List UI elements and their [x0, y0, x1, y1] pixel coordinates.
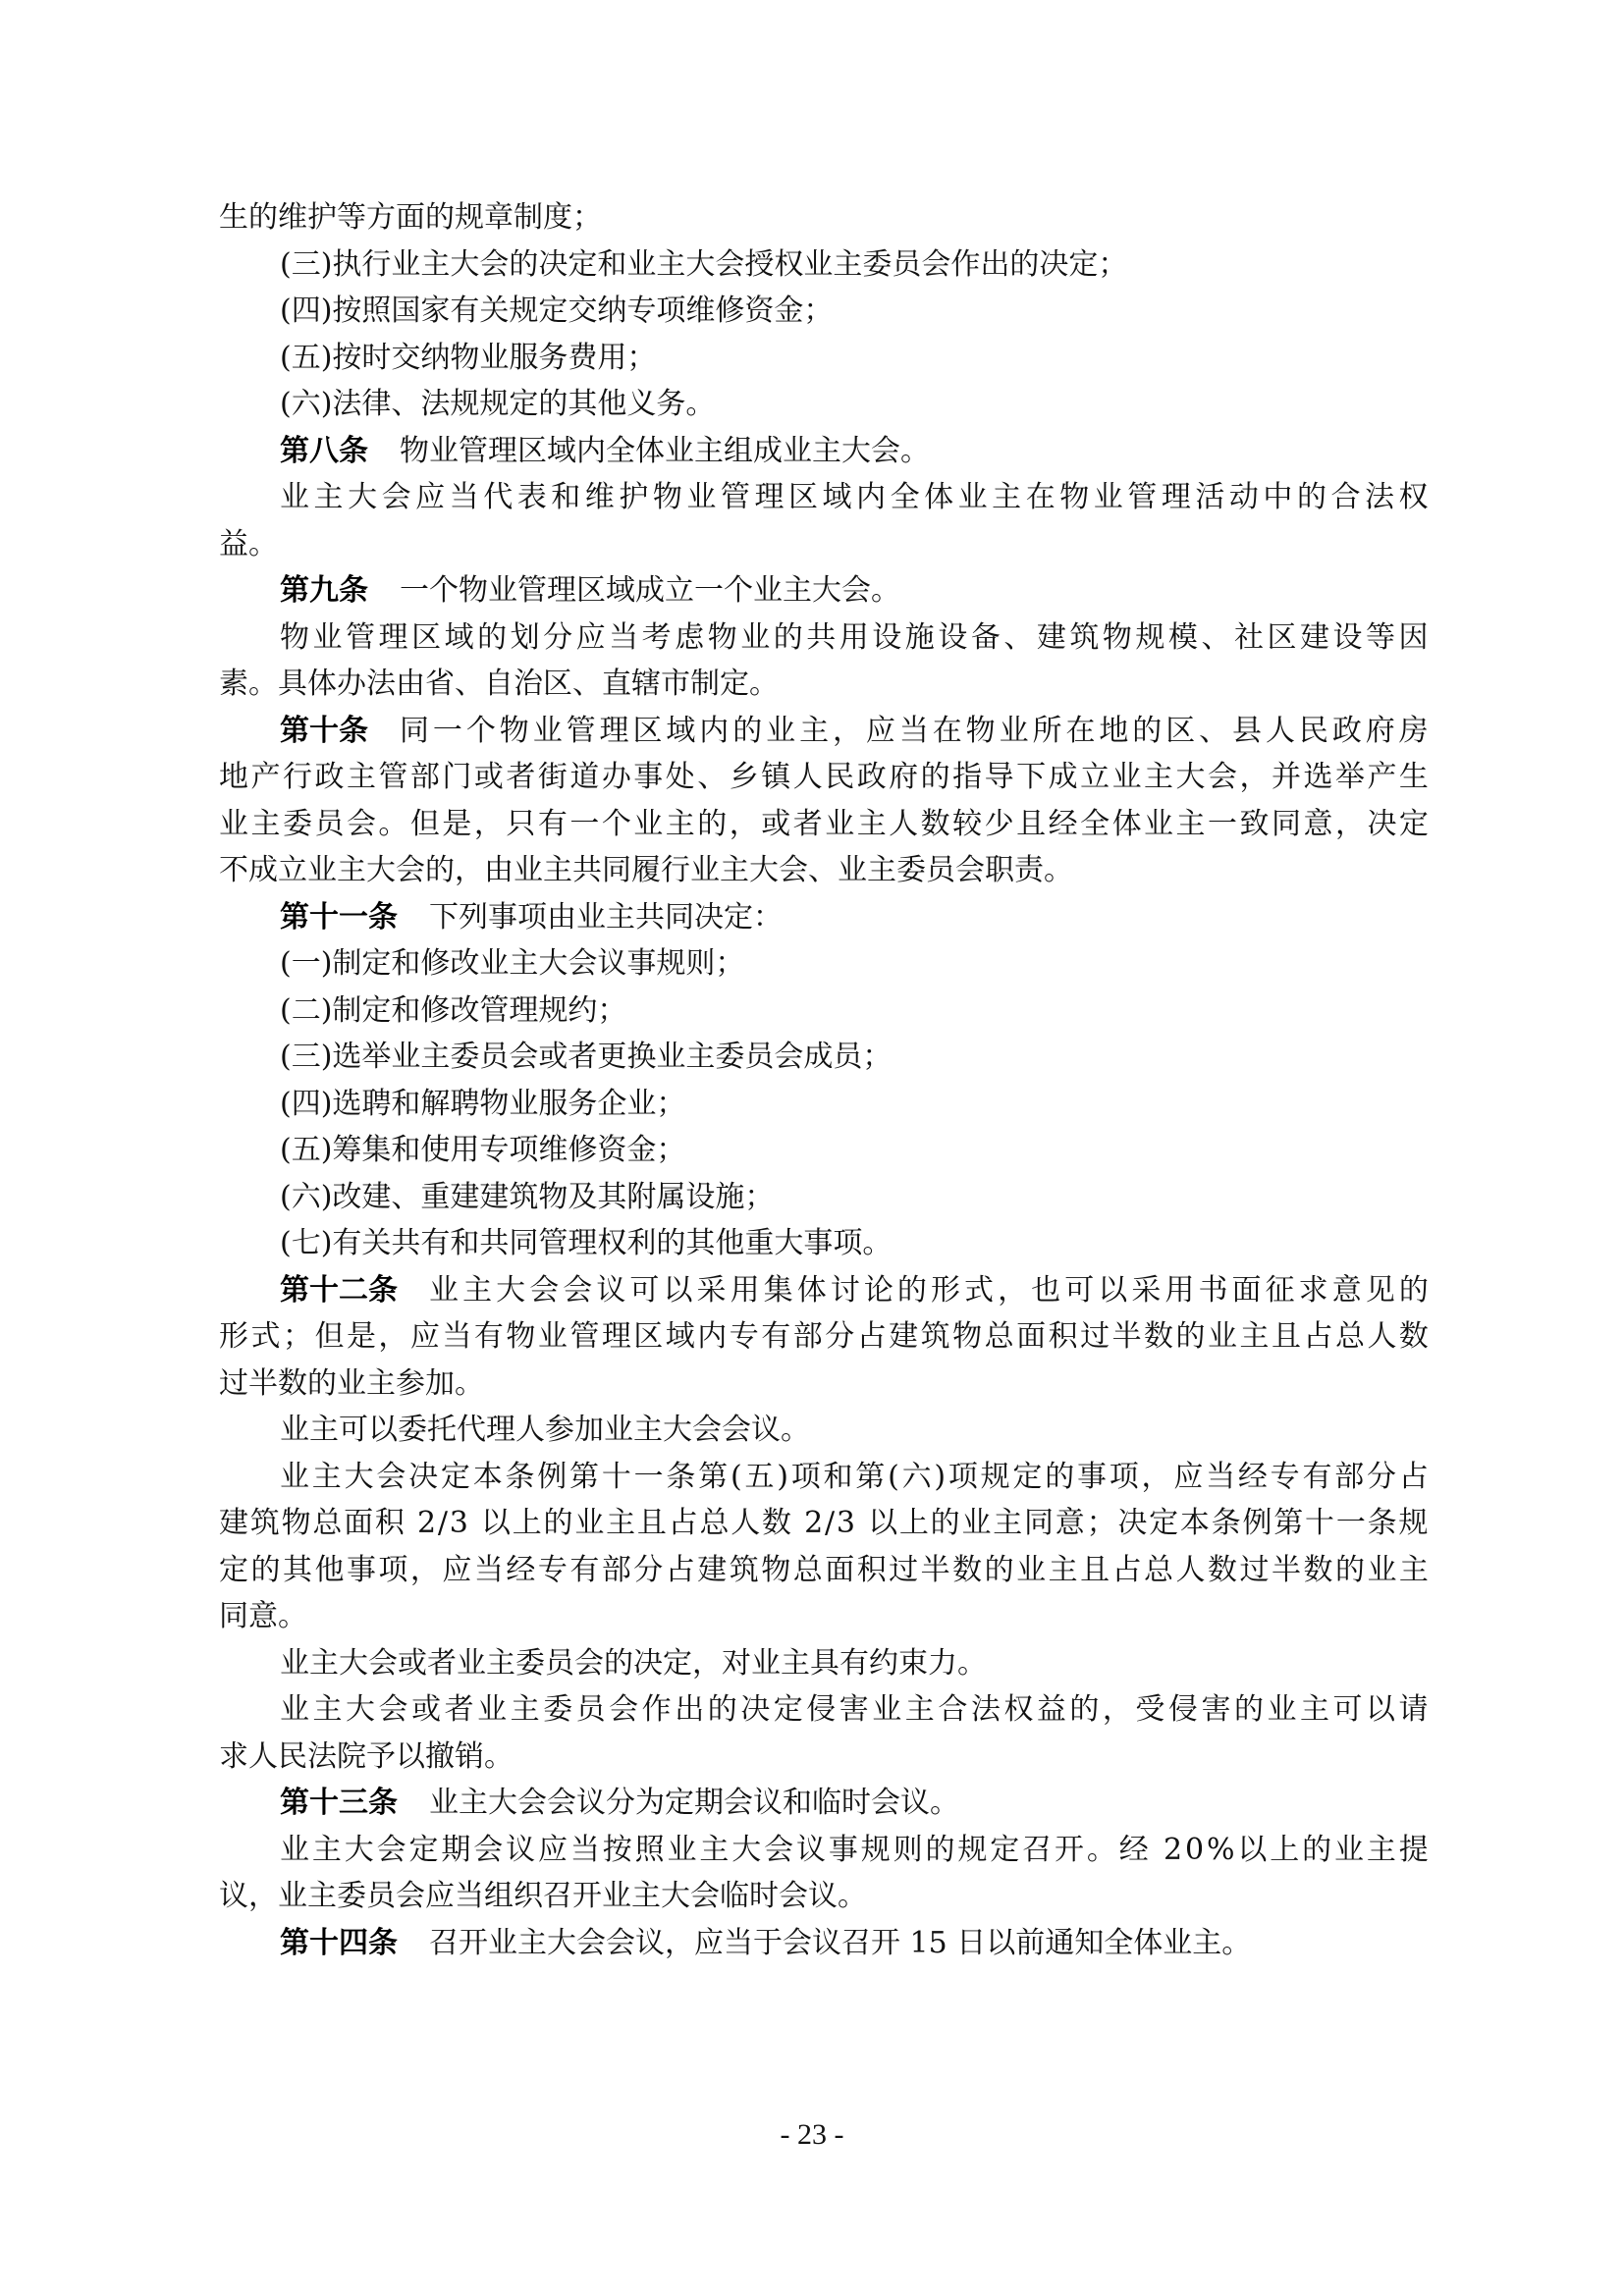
text-line: 素。具体办法由省、自治区、直辖市制定。 [219, 661, 1429, 708]
line-text: 业主大会会议可以采用集体讨论的形式，也可以采用书面征求意见的 [429, 1267, 1429, 1314]
text-line: 同意。 [219, 1593, 1429, 1640]
text-line: 不成立业主大会的，由业主共同履行业主大会、业主委员会职责。 [219, 847, 1429, 894]
text-line: (六)法律、法规规定的其他义务。 [219, 381, 1429, 428]
text-line: 求人民法院予以撤销。 [219, 1734, 1429, 1781]
text-line: (六)改建、重建建筑物及其附属设施； [219, 1174, 1429, 1221]
line-text: (七)有关共有和共同管理权利的其他重大事项。 [280, 1220, 892, 1267]
article-line: 第九条一个物业管理区域成立一个业主大会。 [219, 567, 1429, 614]
line-text: 业主大会会议分为定期会议和临时会议。 [429, 1780, 959, 1827]
line-text: 求人民法院予以撤销。 [219, 1734, 514, 1781]
line-text: 议，业主委员会应当组织召开业主大会临时会议。 [219, 1873, 867, 1920]
line-text: 同意。 [219, 1593, 307, 1640]
text-line: 业主可以委托代理人参加业主大会会议。 [219, 1407, 1429, 1454]
text-line: (三)选举业主委员会或者更换业主委员会成员； [219, 1034, 1429, 1081]
line-text: (五)按时交纳物业服务费用； [280, 335, 656, 382]
article-heading: 第十一条 [280, 894, 398, 941]
article-line: 第十三条业主大会会议分为定期会议和临时会议。 [219, 1780, 1429, 1827]
line-text: 不成立业主大会的，由业主共同履行业主大会、业主委员会职责。 [219, 847, 1073, 894]
line-text: 生的维护等方面的规章制度； [219, 194, 602, 241]
article-line: 第十四条召开业主大会会议，应当于会议召开 15 日以前通知全体业主。 [219, 1920, 1429, 1967]
line-text: (六)改建、重建建筑物及其附属设施； [280, 1174, 774, 1221]
article-heading: 第十条 [280, 708, 368, 755]
line-text: 下列事项由业主共同决定： [429, 894, 783, 941]
line-text: 物业管理区域的划分应当考虑物业的共用设施设备、建筑物规模、社区建设等因 [280, 614, 1429, 662]
document-page: 生的维护等方面的规章制度；(三)执行业主大会的决定和业主大会授权业主委员会作出的… [0, 0, 1624, 2296]
line-text: 业主大会或者业主委员会的决定，对业主具有约束力。 [280, 1640, 987, 1687]
text-line: (七)有关共有和共同管理权利的其他重大事项。 [219, 1220, 1429, 1267]
text-line: 益。 [219, 521, 1429, 568]
article-heading: 第十二条 [280, 1267, 398, 1314]
text-line: 定的其他事项，应当经专有部分占建筑物总面积过半数的业主且占总人数过半数的业主 [219, 1547, 1429, 1594]
text-line: (一)制定和修改业主大会议事规则； [219, 940, 1429, 988]
article-line: 第十条同一个物业管理区域内的业主，应当在物业所在地的区、县人民政府房 [219, 708, 1429, 755]
text-line: 业主大会或者业主委员会作出的决定侵害业主合法权益的，受侵害的业主可以请 [219, 1686, 1429, 1734]
line-text: 定的其他事项，应当经专有部分占建筑物总面积过半数的业主且占总人数过半数的业主 [219, 1547, 1429, 1594]
line-text: 业主大会决定本条例第十一条第(五)项和第(六)项规定的事项，应当经专有部分占 [280, 1454, 1429, 1501]
line-text: (一)制定和修改业主大会议事规则； [280, 940, 744, 988]
text-line: 地产行政主管部门或者街道办事处、乡镇人民政府的指导下成立业主大会，并选举产生 [219, 754, 1429, 801]
line-text: 召开业主大会会议，应当于会议召开 15 日以前通知全体业主。 [429, 1920, 1251, 1967]
line-text: 一个物业管理区域成立一个业主大会。 [400, 567, 900, 614]
line-text: (四)选聘和解聘物业服务企业； [280, 1081, 685, 1128]
page-number: - 23 - [0, 2118, 1624, 2152]
text-line: (五)筹集和使用专项维修资金； [219, 1127, 1429, 1174]
line-text: (四)按照国家有关规定交纳专项维修资金； [280, 288, 833, 335]
text-line: 业主大会定期会议应当按照业主大会议事规则的规定召开。经 20%以上的业主提 [219, 1827, 1429, 1874]
text-line: (四)选聘和解聘物业服务企业； [219, 1081, 1429, 1128]
line-text: 物业管理区域内全体业主组成业主大会。 [400, 428, 930, 475]
line-text: (三)执行业主大会的决定和业主大会授权业主委员会作出的决定； [280, 241, 1127, 289]
article-heading: 第九条 [280, 567, 368, 614]
text-line: 业主委员会。但是，只有一个业主的，或者业主人数较少且经全体业主一致同意，决定 [219, 801, 1429, 848]
text-line: (三)执行业主大会的决定和业主大会授权业主委员会作出的决定； [219, 241, 1429, 289]
text-line: 业主大会或者业主委员会的决定，对业主具有约束力。 [219, 1640, 1429, 1687]
line-text: 同一个物业管理区域内的业主，应当在物业所在地的区、县人民政府房 [400, 708, 1429, 755]
line-text: 形式；但是，应当有物业管理区域内专有部分占建筑物总面积过半数的业主且占总人数 [219, 1313, 1429, 1361]
line-text: (五)筹集和使用专项维修资金； [280, 1127, 685, 1174]
line-text: 素。具体办法由省、自治区、直辖市制定。 [219, 661, 779, 708]
line-text: 地产行政主管部门或者街道办事处、乡镇人民政府的指导下成立业主大会，并选举产生 [219, 754, 1429, 801]
text-line: 建筑物总面积 2/3 以上的业主且占总人数 2/3 以上的业主同意；决定本条例第… [219, 1500, 1429, 1547]
article-heading: 第八条 [280, 428, 368, 475]
line-text: 业主大会定期会议应当按照业主大会议事规则的规定召开。经 20%以上的业主提 [280, 1827, 1429, 1874]
text-line: (二)制定和修改管理规约； [219, 988, 1429, 1035]
line-text: 业主可以委托代理人参加业主大会会议。 [280, 1407, 810, 1454]
text-line: (四)按照国家有关规定交纳专项维修资金； [219, 288, 1429, 335]
line-text: 过半数的业主参加。 [219, 1361, 484, 1408]
text-line: 过半数的业主参加。 [219, 1361, 1429, 1408]
line-text: 建筑物总面积 2/3 以上的业主且占总人数 2/3 以上的业主同意；决定本条例第… [219, 1500, 1429, 1547]
line-text: 业主大会应当代表和维护物业管理区域内全体业主在物业管理活动中的合法权 [280, 474, 1429, 521]
line-text: (六)法律、法规规定的其他义务。 [280, 381, 715, 428]
text-line: 业主大会应当代表和维护物业管理区域内全体业主在物业管理活动中的合法权 [219, 474, 1429, 521]
line-text: (二)制定和修改管理规约； [280, 988, 626, 1035]
article-heading: 第十三条 [280, 1780, 398, 1827]
text-line: 物业管理区域的划分应当考虑物业的共用设施设备、建筑物规模、社区建设等因 [219, 614, 1429, 662]
line-text: (三)选举业主委员会或者更换业主委员会成员； [280, 1034, 892, 1081]
line-text: 业主委员会。但是，只有一个业主的，或者业主人数较少且经全体业主一致同意，决定 [219, 801, 1429, 848]
text-line: (五)按时交纳物业服务费用； [219, 335, 1429, 382]
document-body: 生的维护等方面的规章制度；(三)执行业主大会的决定和业主大会授权业主委员会作出的… [219, 194, 1429, 1966]
line-text: 业主大会或者业主委员会作出的决定侵害业主合法权益的，受侵害的业主可以请 [280, 1686, 1429, 1734]
text-line: 生的维护等方面的规章制度； [219, 194, 1429, 241]
text-line: 形式；但是，应当有物业管理区域内专有部分占建筑物总面积过半数的业主且占总人数 [219, 1313, 1429, 1361]
article-line: 第八条物业管理区域内全体业主组成业主大会。 [219, 428, 1429, 475]
article-line: 第十二条业主大会会议可以采用集体讨论的形式，也可以采用书面征求意见的 [219, 1267, 1429, 1314]
text-line: 业主大会决定本条例第十一条第(五)项和第(六)项规定的事项，应当经专有部分占 [219, 1454, 1429, 1501]
line-text: 益。 [219, 521, 278, 568]
article-line: 第十一条下列事项由业主共同决定： [219, 894, 1429, 941]
article-heading: 第十四条 [280, 1920, 398, 1967]
text-line: 议，业主委员会应当组织召开业主大会临时会议。 [219, 1873, 1429, 1920]
